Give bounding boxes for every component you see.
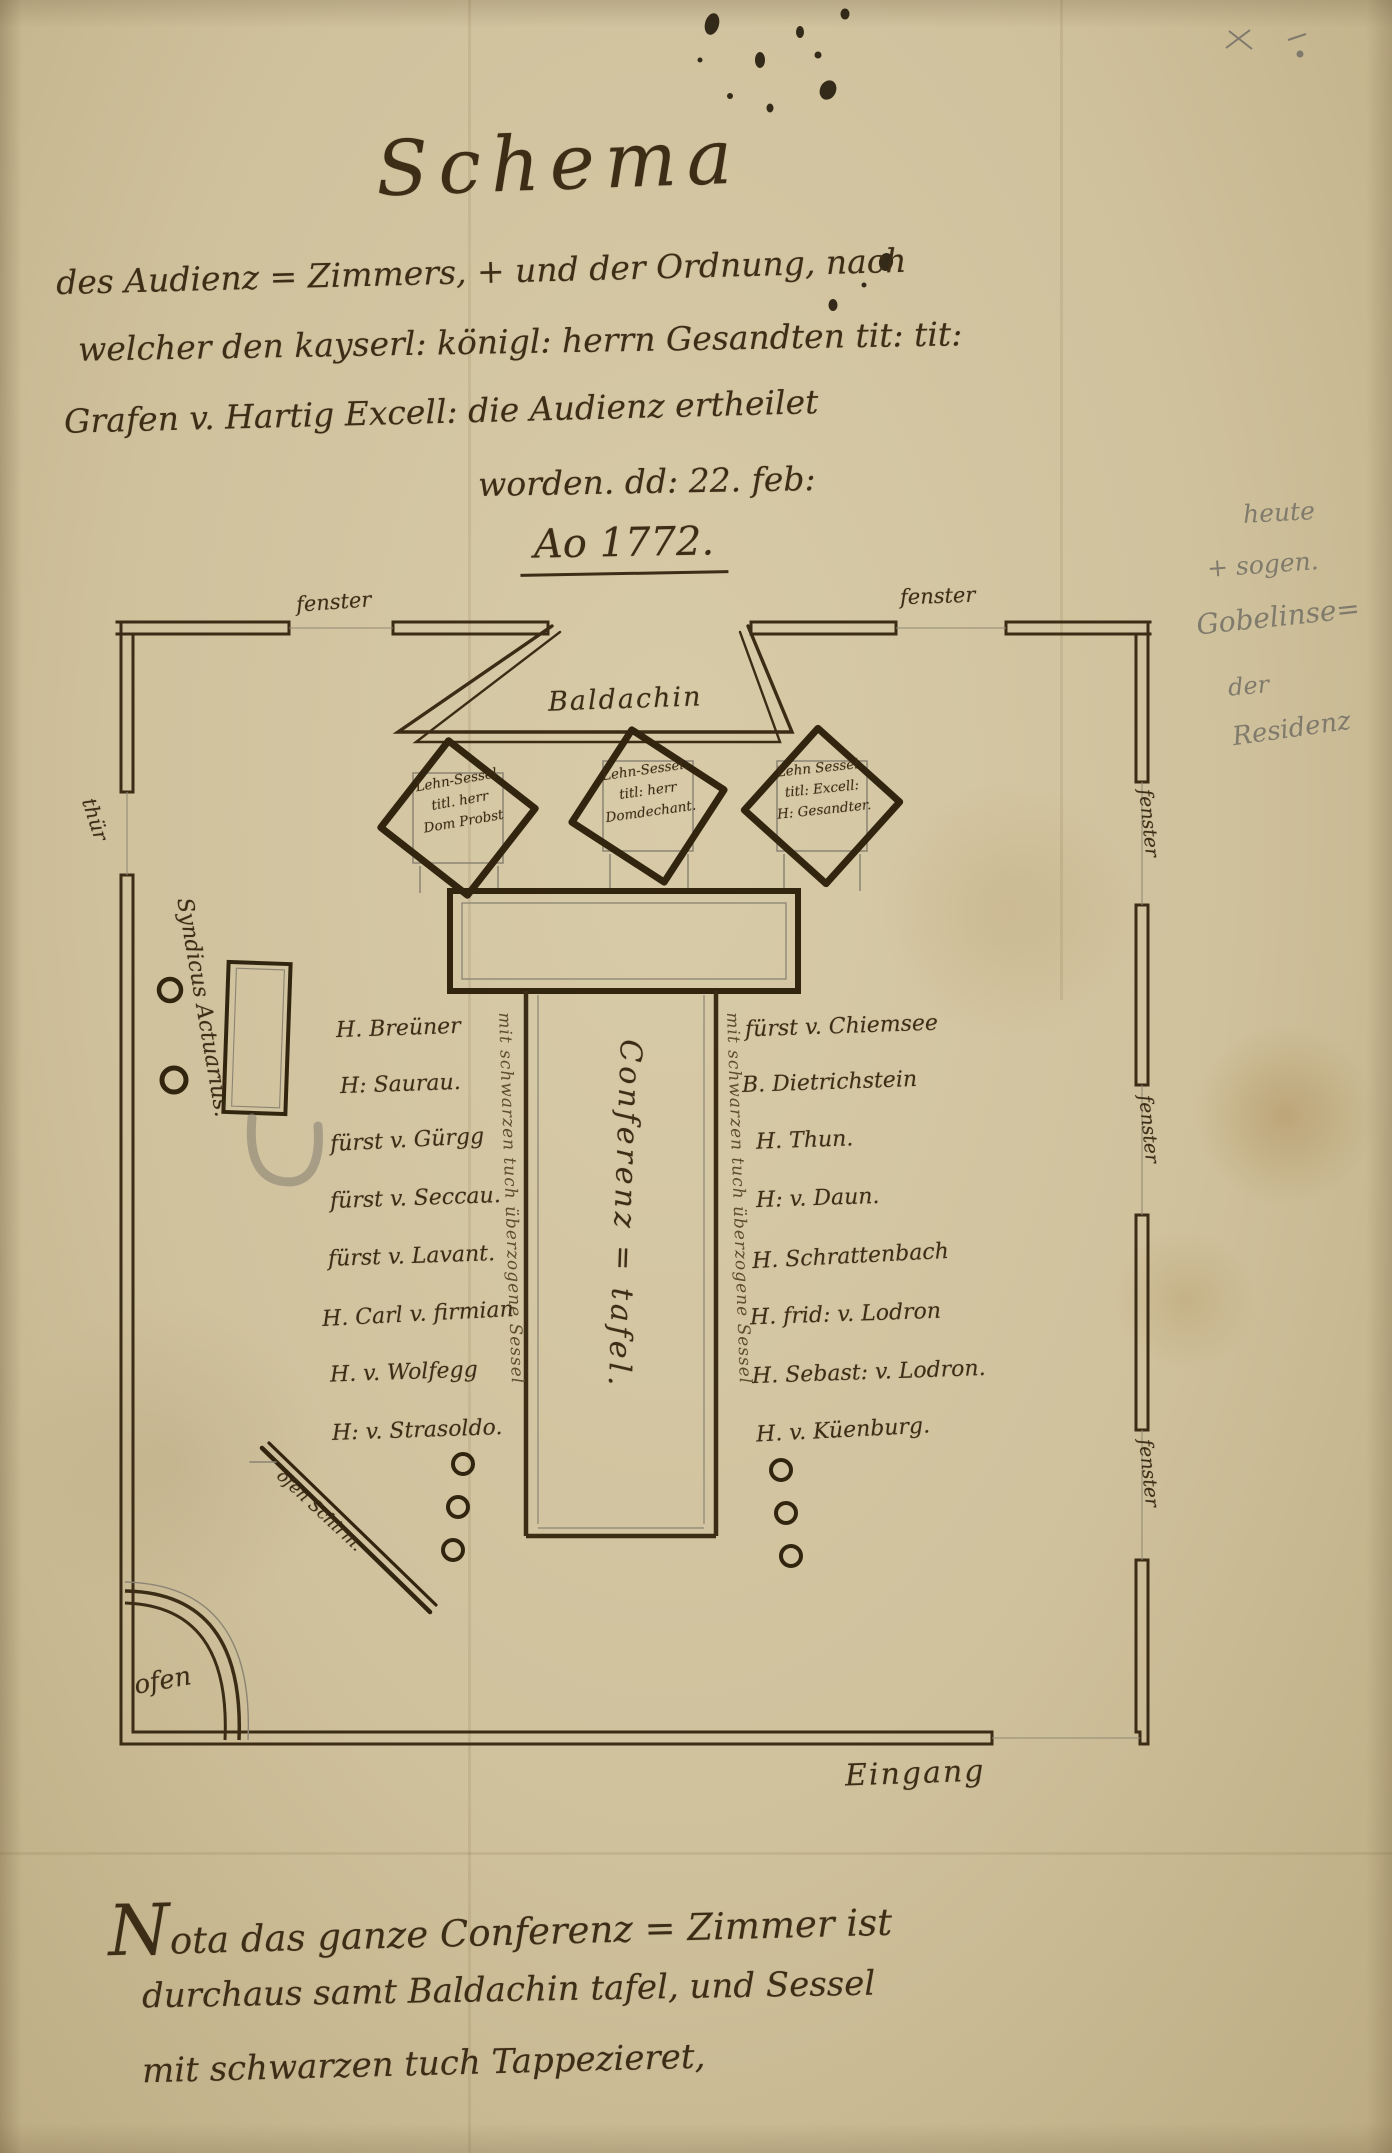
header-date-line: worden. dd: 22. feb: [478, 459, 816, 504]
head-table-pencil [462, 903, 786, 979]
left-name-1: H. Breüner [336, 1014, 462, 1043]
header-anno: Ao 1772. [520, 518, 729, 577]
pencil-smudge [251, 1118, 318, 1182]
entrance-label: Eingang [844, 1754, 986, 1794]
pencil-ticks [1226, 30, 1306, 57]
manuscript-page: Schema des Audienz = Zimmers, + und der … [0, 0, 1392, 2153]
right-name-3: H. Thun. [756, 1126, 854, 1154]
margin-note-line-4: der [1227, 670, 1270, 701]
page-title: Schema [375, 112, 744, 214]
baldachin-label: Baldachin [548, 681, 703, 717]
margin-note-line-1: heute [1242, 496, 1315, 529]
baldachin-outline [398, 626, 792, 742]
left-name-7: H. v. Wolfegg [330, 1357, 479, 1387]
right-name-4: H: v. Daun. [756, 1184, 880, 1213]
left-name-2: H: Saurau. [340, 1070, 462, 1099]
seat-circles [443, 1454, 801, 1566]
head-table [450, 891, 798, 991]
window-label-top-right: fenster [900, 583, 976, 610]
